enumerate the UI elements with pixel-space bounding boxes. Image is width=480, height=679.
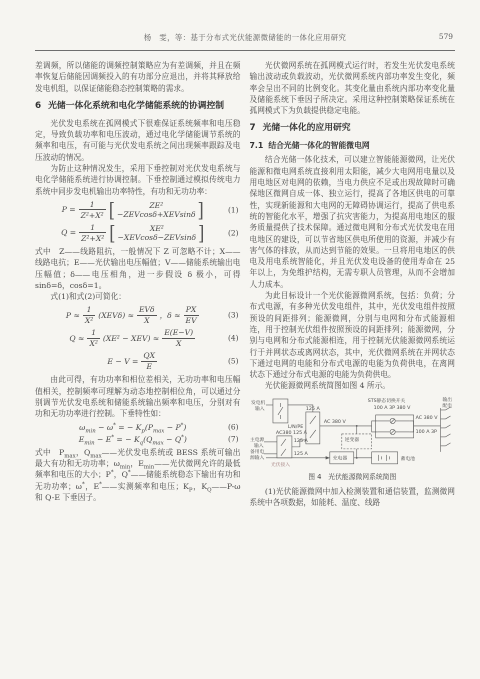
paragraph: 为防止这种情况发生，采用下垂控制对光伏发电系统与电化学储能系统进行协调控制。下垂… [35, 163, 241, 197]
inverter-label: 逆变器 [344, 436, 359, 443]
section-7-1-number: 7.1 [250, 141, 264, 150]
paragraph: 由此可得，有功功率和相位差相关，无功功率和电压幅值相关，控制频率可理解为动态地控… [35, 374, 241, 419]
equation-7-number: (7) [228, 435, 238, 444]
paragraph: 光伏微网系统在孤网模式运行时，若发生光伏发电系统输出波动或负载波动，光伏微网系统… [250, 60, 456, 116]
equation-6: ωmin − ω* = − Kp(Pmax − P*) (6) [35, 423, 231, 432]
eq1-fraction: 1Z²+X² [79, 200, 106, 220]
running-head-title: 杨 雯，等：基于分布式光伏能源微储能的一体化应用研究 [144, 33, 347, 42]
equation-6-number: (6) [228, 423, 238, 432]
two-column-body: 差调频，所以储能的调频控制策略应为有差调频，并且在频率恢复后储能因调频投入的有功… [35, 60, 455, 508]
lnpe-label: L/N/PE [287, 424, 302, 430]
equation-5: E − V = QXE (5) [35, 351, 231, 371]
equation-7: Emin − E* = − Kq(Qmax − Q*) (7) [35, 435, 231, 444]
section-7-number: 7 [250, 123, 256, 133]
output-voltage-label: AC 380 V [415, 415, 438, 421]
breaker-125a-main-label: 125 A [293, 438, 308, 444]
right-bracket: ] [198, 227, 204, 238]
left-column: 差调频，所以储能的调频控制策略应为有差调频，并且在频率恢复后储能因调频投入的有功… [35, 60, 241, 508]
output-distribution-label-2: 配电 [442, 402, 452, 409]
paragraph-continuation: 差调频，所以储能的调频控制策略应为有差调频，并且在频率恢复后储能因调频投入的有功… [35, 60, 241, 94]
left-bracket: [ [109, 204, 115, 215]
breaker-125a-label: 125 A [305, 406, 320, 412]
circuit-diagram: 发电机 输入 L/N/PE AC380 125 A 主电源 输入 备用电 源输入… [250, 396, 456, 470]
figure-4: 发电机 输入 L/N/PE AC380 125 A 主电源 输入 备用电 源输入… [250, 396, 456, 470]
eq1-lhs: P = [62, 205, 76, 214]
sts-switch-label: STS静态切换开关 [367, 397, 405, 404]
eq2-stack: XE²−XEVcosδ−ZEVsinδ [118, 224, 197, 242]
right-column: 光伏微网系统在孤网模式运行时，若发生光伏发电系统输出波动或负载波动，光伏微网系统… [250, 60, 456, 508]
charger-label: 充电器 [332, 454, 347, 461]
paragraph-where-clause: 式中 Pmax，Qmax——光伏发电系统或 BESS 系统可输出最大有功和无功功… [35, 447, 241, 503]
generator-input-label: 发电机 [251, 399, 266, 406]
eq2-lhs: Q = [61, 228, 76, 237]
equation-2: Q = 1Z²+X² [ XE²−XEVcosδ−ZEVsinδ ] (2) [35, 223, 231, 243]
battery-label: 蓄电池 [400, 455, 415, 462]
ac-380v-bus-label: AC 380 V [323, 419, 346, 425]
section-6-heading: 6光储一体化系统和电化学储能系统的协调控制 [35, 100, 241, 113]
equation-1-number: (1) [228, 205, 238, 214]
equation-3-number: (3) [228, 311, 238, 320]
equation-4: Q ≈ 1X² (XE² − XEV) ≈ E(E−V)X (4) [35, 328, 231, 348]
paragraph-where-clause: 式中 Z——线路阻抗，一般情况下 Z 可忽略不计；X——线路电抗；E——光伏输出… [35, 246, 241, 291]
right-bracket: ] [198, 204, 204, 215]
paragraph: 为此目标设计一个光伏能源微网系统，包括：负荷；分布式电源，有多种光伏发电组件，其… [250, 290, 456, 380]
equation-3: P ≈ 1X² (XEVδ) ≈ EVδX ，δ ≈ PXEV (3) [35, 305, 231, 325]
paragraph: 结合光储一体化技术，可以建立智能能源微网，让光伏能源和微电网系统直接利用太阳能，… [250, 154, 456, 290]
eq1-stack: ZE²−ZEVcosδ+XEVsinδ [117, 201, 196, 219]
breaker-125a-backup-label: 125 A [293, 451, 308, 457]
figure-4-caption: 图 4 光伏能源微网系统简图 [250, 473, 456, 482]
eq2-fraction: 1Z²+X² [79, 223, 106, 243]
sts-rating-label: 100 A 3P 380 V [373, 405, 410, 411]
section-7-1-heading: 7.1结合光储一体化的智能微电网 [250, 140, 456, 151]
output-distribution-label: 输出 [442, 396, 452, 403]
page-number: 579 [439, 32, 453, 41]
paragraph: 式(1)和式(2)可简化： [35, 291, 241, 302]
paragraph: 光伏发电系统在孤网模式下很难保证系统频率和电压稳定，导致负载功率和电压波动，通过… [35, 118, 241, 163]
paper-page: 杨 雯，等：基于分布式光伏能源微储能的一体化应用研究 579 差调频，所以储能的… [0, 0, 480, 679]
main-power-input-label: 主电源 [250, 436, 265, 443]
output-current-label: 100 A 3P [415, 429, 436, 435]
paragraph: 光伏能源微网系统简图如图 4 所示。 [250, 380, 456, 391]
main-power-input-label-2: 输入 [254, 442, 264, 449]
running-head: 杨 雯，等：基于分布式光伏能源微储能的一体化应用研究 579 [35, 32, 455, 51]
left-bracket: [ [109, 227, 115, 238]
paragraph: (1)光伏能源微网中加入检测装置和通信装置，监测微网系统中各项数据，如能耗、温度… [250, 486, 456, 509]
backup-power-input-label-2: 源输入 [250, 454, 265, 461]
backup-power-input-label: 备用电 [250, 448, 265, 455]
ac380-rating-label: AC380 125 A [275, 430, 307, 436]
section-7-heading: 7光储一体化的应用研究 [250, 122, 456, 135]
page-content: 杨 雯，等：基于分布式光伏能源微储能的一体化应用研究 579 差调频，所以储能的… [35, 32, 455, 508]
generator-input-label-2: 输入 [254, 405, 264, 412]
section-7-title: 光储一体化的应用研究 [263, 123, 351, 133]
equation-1: P = 1Z²+X² [ ZE²−ZEVcosδ+XEVsinδ ] (1) [35, 200, 231, 220]
equation-2-number: (2) [228, 228, 238, 237]
equation-5-number: (5) [228, 357, 238, 366]
equation-4-number: (4) [228, 334, 238, 343]
section-6-title: 光储一体化系统和电化学储能系统的协调控制 [48, 101, 224, 111]
section-7-1-title: 结合光储一体化的智能微电网 [268, 141, 369, 150]
section-6-number: 6 [35, 101, 41, 111]
pv-input-label: 光伏接入 [270, 461, 289, 468]
